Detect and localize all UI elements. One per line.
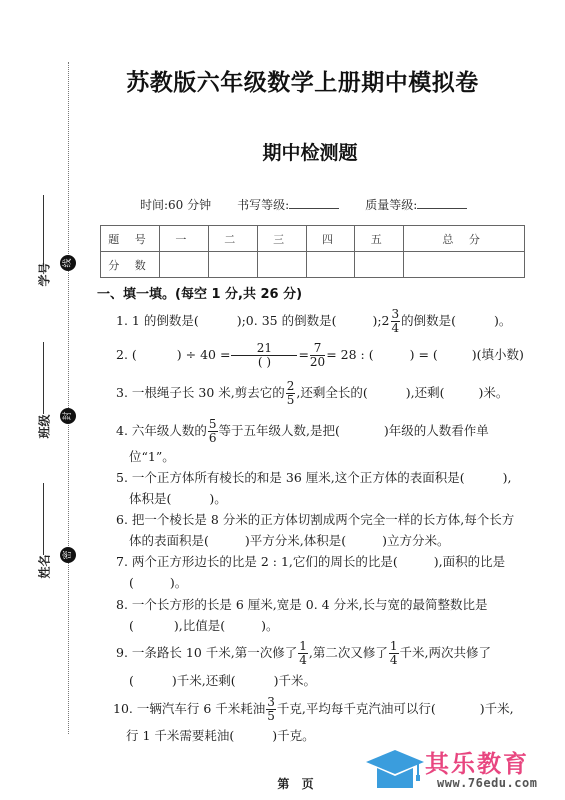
score-cell[interactable] (306, 252, 355, 278)
fraction: 35 (266, 696, 276, 723)
score-cell[interactable] (160, 252, 209, 278)
question-9: 9. 一条路长 10 千米,第一次修了14,第二次又修了14千米,两次共修了 (116, 640, 531, 667)
question-10: 10. 一辆汽车行 6 千米耗油35千克,平均每千克汽油可以行()千米, (113, 696, 528, 723)
question-8: 8. 一个长方形的长是 6 厘米,宽是 0. 4 分米,长与宽的最简整数比是 (116, 594, 531, 615)
time-label: 时间:60 分钟 (140, 196, 211, 213)
page-number-label: 第 页 (0, 775, 565, 792)
seal-secret-icon: 密 (60, 547, 76, 563)
fraction: 21( ) (231, 342, 297, 369)
question-6: 6. 把一个棱长是 8 分米的正方体切割成两个完全一样的长方体,每个长方 (116, 509, 531, 530)
question-2: 2. () ÷ 40 =21( )=720= 28 : () = ()(填小数) (116, 342, 531, 369)
question-4-line-2: 位“1”。 (116, 446, 531, 467)
class-line (43, 342, 44, 414)
question-5-line-2: 体积是()。 (116, 488, 531, 509)
student-id-line (43, 195, 44, 267)
header-cell: 二 (208, 226, 257, 252)
seal-seal-icon: 封 (60, 408, 76, 424)
section-heading: 一、填一填。(每空 1 分,共 26 分) (97, 283, 302, 302)
question-10-line-2: 行 1 千米需要耗油()千克。 (113, 725, 528, 746)
fraction: 56 (208, 418, 218, 445)
quality-grade-field[interactable] (417, 197, 467, 209)
writing-grade-field[interactable] (289, 197, 339, 209)
header-cell: 一 (160, 226, 209, 252)
exam-subtitle: 期中检测题 (0, 138, 565, 165)
fraction: 34 (391, 308, 401, 335)
name-line (43, 483, 44, 555)
exam-meta-row: 时间:60 分钟 书写等级: 质量等级: (140, 196, 493, 213)
question-7: 7. 两个正方形边长的比是 2 : 1,它们的周长的比是(),面积的比是 (116, 551, 531, 572)
question-7-line-2: ()。 (116, 572, 531, 593)
header-cell: 题 号 (101, 226, 160, 252)
seal-line-icon: 线 (60, 255, 76, 271)
score-table: 题 号 一 二 三 四 五 总 分 分 数 (100, 225, 525, 278)
question-4: 4. 六年级人数的56等于五年级人数,是把()年级的人数看作单 (116, 418, 531, 445)
header-cell: 五 (355, 226, 404, 252)
score-table-header-row: 题 号 一 二 三 四 五 总 分 (101, 226, 525, 252)
name-label: 姓名 (36, 554, 53, 578)
brand-name: 其乐教育 (425, 744, 529, 779)
fraction: 720 (310, 342, 325, 369)
question-9-line-2: ()千米,还剩()千米。 (116, 670, 531, 691)
question-3: 3. 一根绳子长 30 米,剪去它的25,还剩全长的(),还剩()米。 (116, 380, 531, 407)
quality-grade-label: 质量等级: (365, 198, 417, 212)
question-8-line-2: (),比值是()。 (116, 615, 531, 636)
writing-grade-label: 书写等级: (237, 198, 289, 212)
question-5: 5. 一个正方体所有棱长的和是 36 厘米,这个正方体的表面积是(), (116, 467, 531, 488)
score-cell[interactable] (208, 252, 257, 278)
class-label: 班级 (36, 414, 53, 438)
header-cell: 总 分 (404, 226, 525, 252)
score-cell[interactable] (404, 252, 525, 278)
question-1: 1. 1 的倒数是();0. 35 的倒数是();234的倒数是()。 (116, 308, 531, 335)
header-cell: 三 (257, 226, 306, 252)
page-title: 苏教版六年级数学上册期中模拟卷 (0, 64, 565, 97)
score-row-label: 分 数 (101, 252, 160, 278)
fraction: 14 (298, 640, 308, 667)
writing-grade: 书写等级: (237, 196, 339, 213)
fraction: 14 (389, 640, 399, 667)
question-6-line-2: 体的表面积是()平方分米,体积是()立方分米。 (116, 530, 531, 551)
quality-grade: 质量等级: (365, 196, 467, 213)
student-id-label: 学号 (36, 262, 53, 286)
score-cell[interactable] (257, 252, 306, 278)
fraction: 25 (286, 380, 296, 407)
header-cell: 四 (306, 226, 355, 252)
score-table-score-row: 分 数 (101, 252, 525, 278)
score-cell[interactable] (355, 252, 404, 278)
